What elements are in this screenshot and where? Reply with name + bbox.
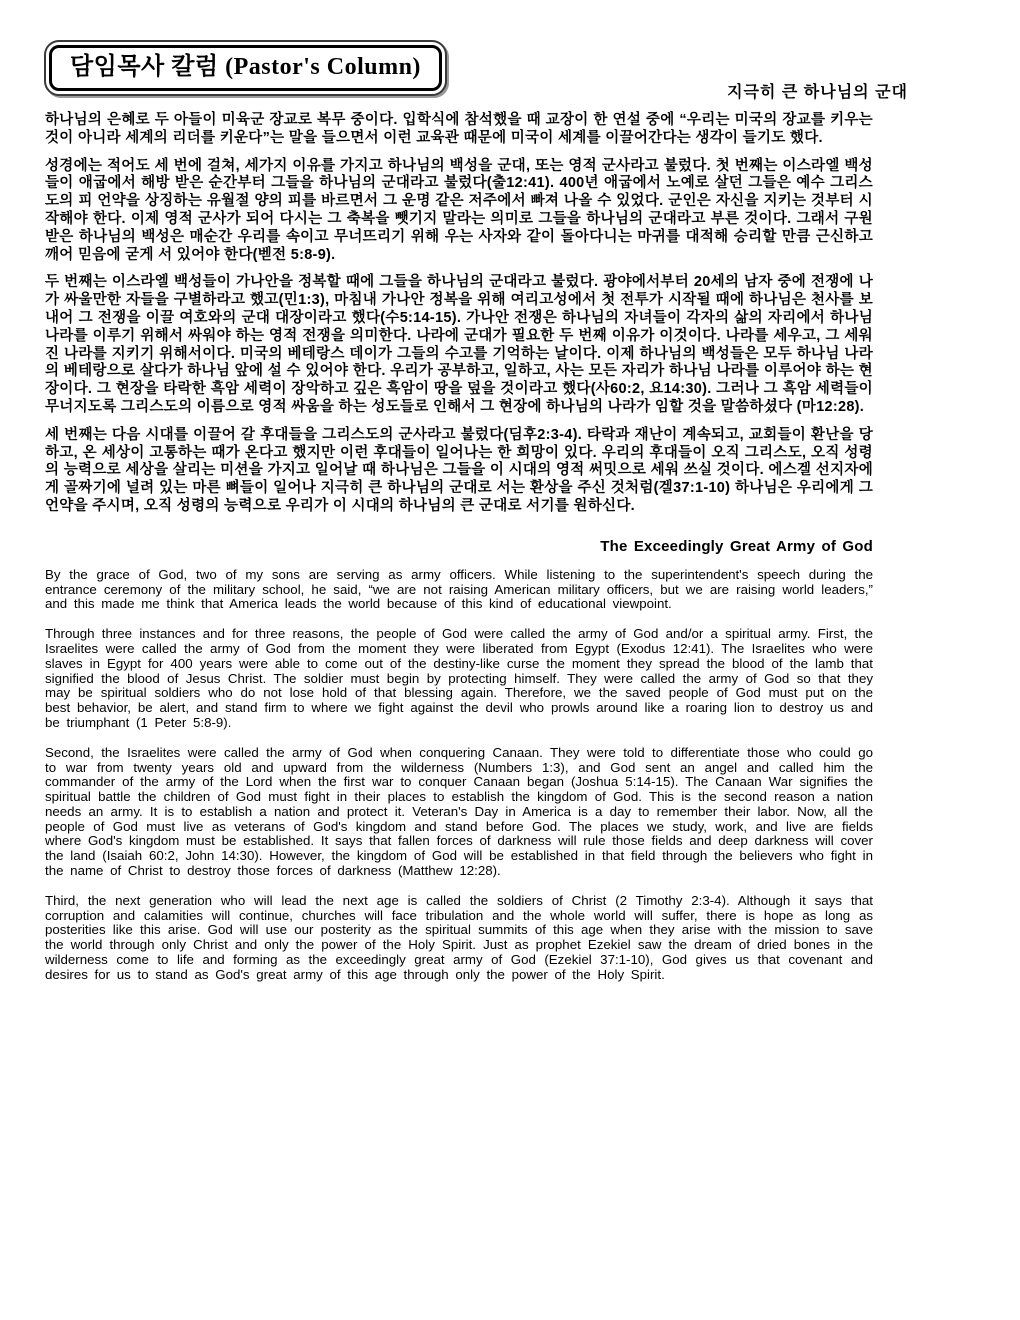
document-body: 하나님의 은혜로 두 아들이 미육군 장교로 복무 중이다. 입학식에 참석했을… [45,112,873,983]
english-paragraph-1: By the grace of God, two of my sons are … [45,568,873,612]
korean-paragraph-3: 두 번째는 이스라엘 백성들이 가나안을 정복할 때에 그들을 하나님의 군대라… [45,274,873,416]
english-paragraph-3: Second, the Israelites were called the a… [45,746,873,879]
page-header: 담임목사 칼럼 (Pastor's Column) 지극히 큰 하나님의 군대 [0,0,1020,112]
title-box: 담임목사 칼럼 (Pastor's Column) [44,40,447,96]
korean-paragraph-1: 하나님의 은혜로 두 아들이 미육군 장교로 복무 중이다. 입학식에 참석했을… [45,112,873,148]
korean-section-title: 지극히 큰 하나님의 군대 [727,79,908,102]
english-section-title: The Exceedingly Great Army of God [45,538,873,555]
korean-paragraph-2: 성경에는 적어도 세 번에 걸쳐, 세가지 이유를 가지고 하나님의 백성을 군… [45,158,873,265]
korean-paragraph-4: 세 번째는 다음 시대를 이끌어 갈 후대들을 그리스도의 군사라고 불렀다(딤… [45,427,873,516]
english-paragraph-4: Third, the next generation who will lead… [45,894,873,983]
english-paragraph-2: Through three instances and for three re… [45,627,873,731]
page-title: 담임목사 칼럼 (Pastor's Column) [49,45,442,91]
pastor-column-page: 담임목사 칼럼 (Pastor's Column) 지극히 큰 하나님의 군대 … [0,0,1020,1320]
